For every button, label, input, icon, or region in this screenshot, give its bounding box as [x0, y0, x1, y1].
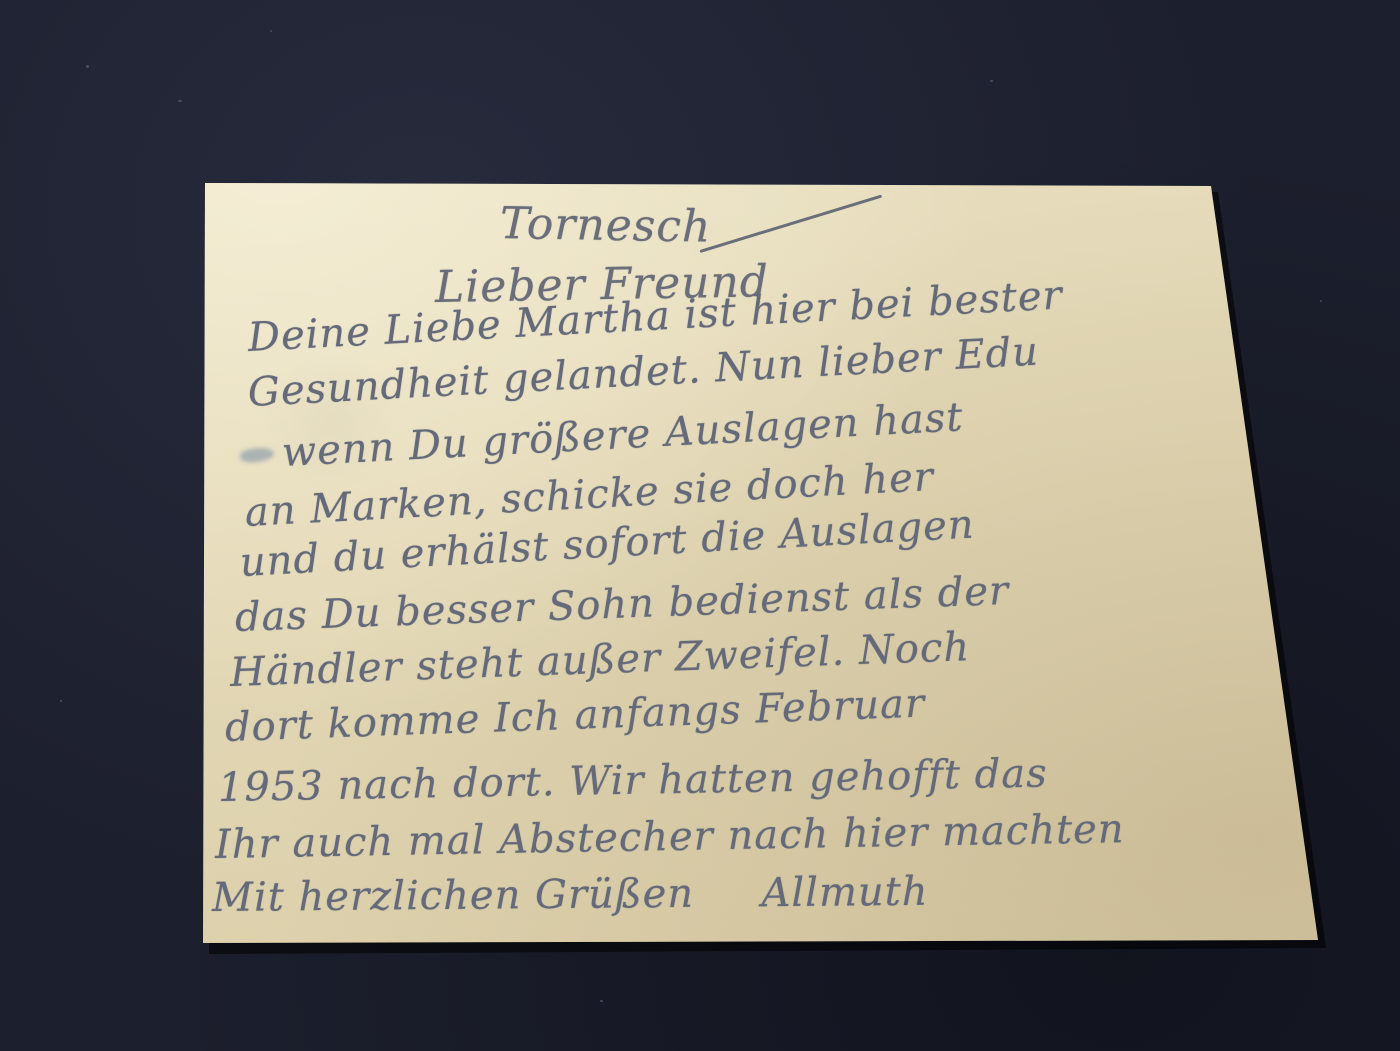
- salutation-flourish: [700, 195, 883, 253]
- signature: Allmuth: [761, 869, 928, 916]
- closing: Mit herzlichen Grüßen Allmuth: [212, 869, 929, 921]
- body-line: Ihr auch mal Abstecher nach hier machten: [215, 806, 1125, 868]
- ink-smudge: [239, 446, 275, 465]
- closing-text: Mit herzlichen Grüßen: [212, 871, 694, 921]
- postcard: Tornesch Lieber Freund Deine Liebe Marth…: [0, 0, 1400, 1051]
- fabric-lint: [60, 700, 62, 702]
- fabric-lint: [86, 65, 89, 68]
- fabric-lint: [600, 1000, 603, 1002]
- fabric-lint: [1320, 300, 1322, 302]
- fabric-lint: [270, 30, 272, 32]
- place-heading: Tornesch: [500, 198, 712, 253]
- fabric-lint: [178, 100, 182, 102]
- fabric-lint: [990, 80, 993, 82]
- body-line: 1953 nach dort. Wir hatten gehofft das: [218, 751, 1048, 811]
